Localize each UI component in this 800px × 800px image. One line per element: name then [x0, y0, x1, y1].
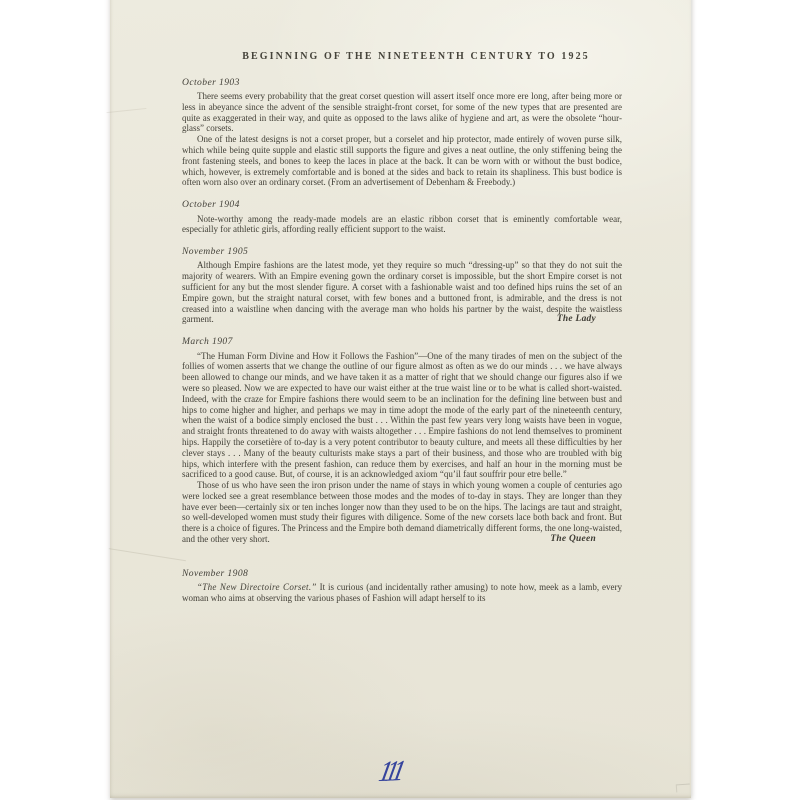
- paragraph: Those of us who have seen the iron priso…: [182, 480, 622, 545]
- section-november-1905: November 1905 Although Empire fashions a…: [182, 247, 622, 325]
- source-attribution: The Lady: [557, 314, 622, 325]
- pencil-mark: [676, 784, 691, 793]
- paragraph: Note-worthy among the ready-made models …: [182, 214, 622, 236]
- paragraph: There seems every probability that the g…: [182, 91, 622, 134]
- section-march-1907: March 1907 “The Human Form Divine and Ho…: [182, 337, 622, 545]
- paper-crease: [104, 548, 186, 591]
- paper-crease: [107, 108, 148, 123]
- source-attribution: The Queen: [550, 534, 622, 545]
- page-title: BEGINNING OF THE NINETEENTH CENTURY TO 1…: [196, 52, 636, 63]
- section-november-1908: November 1908 “The New Directoire Corset…: [182, 569, 622, 604]
- handwritten-page-number: 111: [376, 755, 405, 789]
- section-heading: March 1907: [182, 337, 622, 348]
- page-content: BEGINNING OF THE NINETEENTH CENTURY TO 1…: [182, 52, 622, 604]
- paragraph: “The Human Form Divine and How it Follow…: [182, 351, 622, 481]
- scanned-page: BEGINNING OF THE NINETEENTH CENTURY TO 1…: [110, 0, 691, 798]
- section-heading: October 1904: [182, 200, 622, 211]
- section-october-1904: October 1904 Note-worthy among the ready…: [182, 200, 622, 235]
- section-october-1903: October 1903 There seems every probabili…: [182, 78, 622, 188]
- paragraph: One of the latest designs is not a corse…: [182, 134, 622, 188]
- section-heading: October 1903: [182, 78, 622, 89]
- section-heading: November 1905: [182, 247, 622, 258]
- paragraph: Although Empire fashions are the latest …: [182, 260, 622, 325]
- section-heading: November 1908: [182, 569, 622, 580]
- scan-background: BEGINNING OF THE NINETEENTH CENTURY TO 1…: [0, 0, 800, 800]
- italic-lead-text: “The New Directoire Corset.”: [197, 582, 317, 592]
- paragraph: “The New Directoire Corset.” It is curio…: [182, 582, 622, 604]
